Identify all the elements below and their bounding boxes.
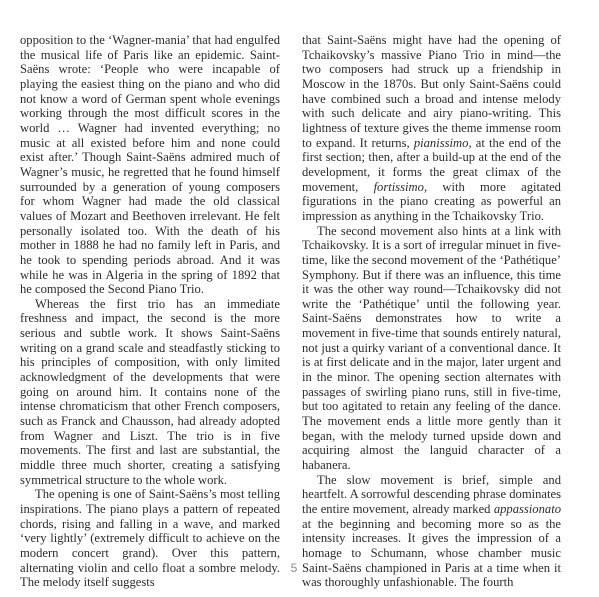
paragraph: Whereas the first trio has an immediate …: [20, 297, 280, 488]
page-number: 5: [288, 561, 300, 575]
italic-term: fortissimo: [374, 180, 424, 194]
paragraph: The opening is one of Saint-Saëns’s most…: [20, 487, 280, 590]
left-text-column: opposition to the ‘Wagner-mania’ that ha…: [20, 33, 280, 590]
text-run: at the begin­ning and becoming more so a…: [302, 517, 561, 590]
paragraph: The slow movement is brief, simple and h…: [302, 473, 561, 590]
italic-term: pianissimo: [414, 136, 469, 150]
text-run: that Saint-Saëns might have had the open…: [302, 33, 561, 150]
italic-term: appassionato: [494, 502, 561, 516]
paragraph: that Saint-Saëns might have had the open…: [302, 33, 561, 224]
paragraph: opposition to the ‘Wagner-mania’ that ha…: [20, 33, 280, 297]
right-text-column: that Saint-Saëns might have had the open…: [302, 33, 561, 590]
paragraph: The second movement also hints at a link…: [302, 224, 561, 473]
